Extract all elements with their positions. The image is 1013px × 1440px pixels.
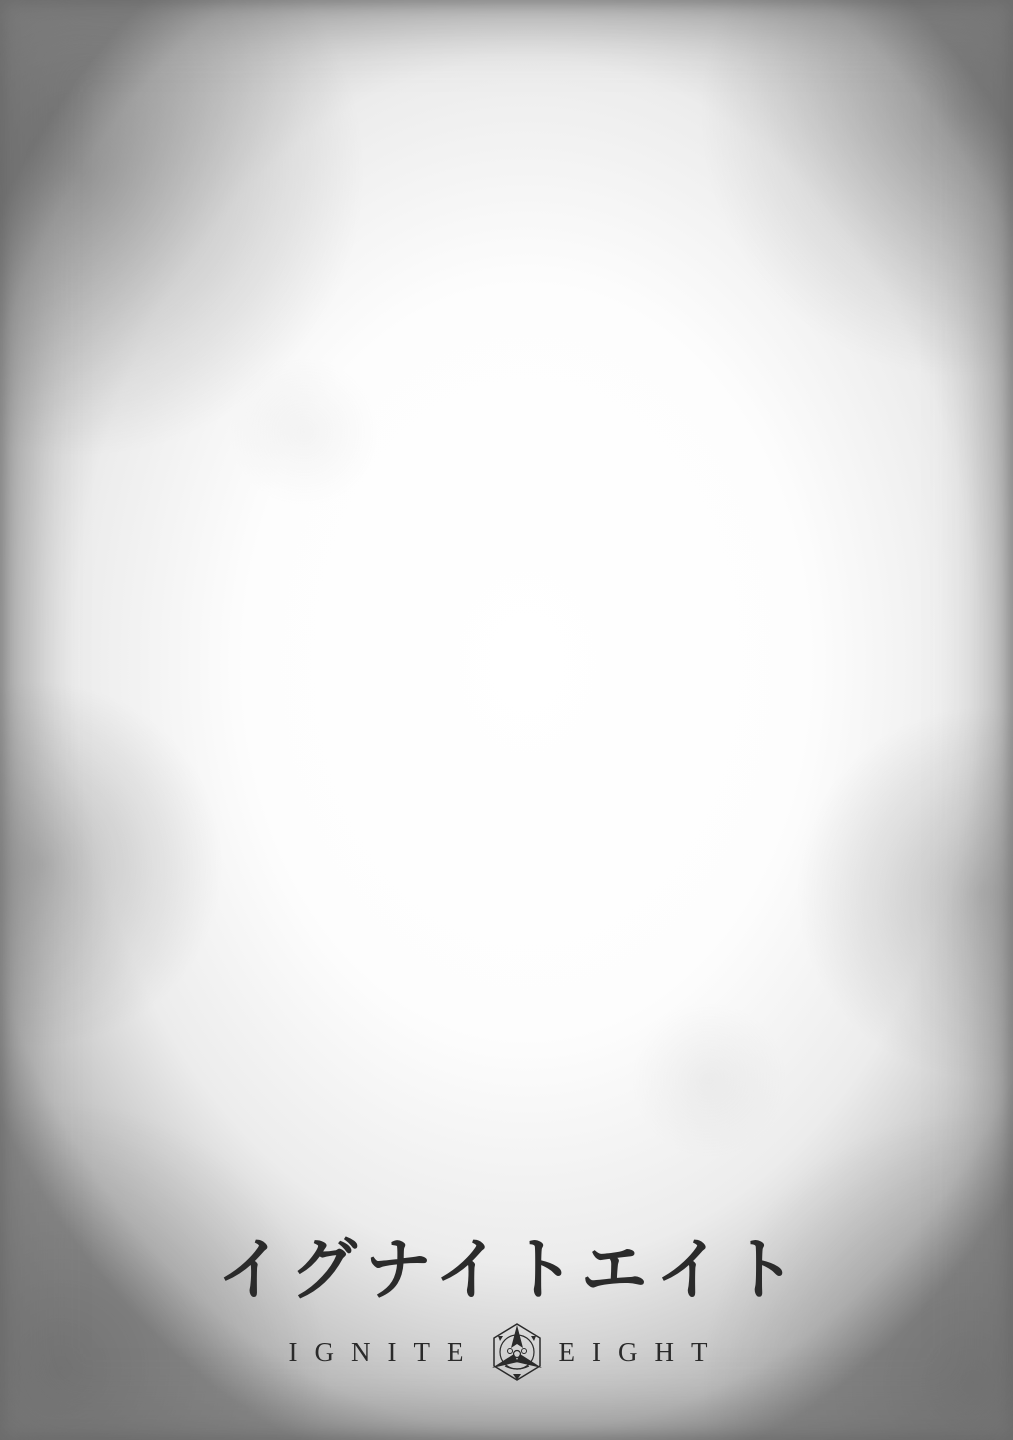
english-title-right: EIGHT xyxy=(558,1337,724,1368)
title-logo: イグナイトエイト IGNITE EIGHT xyxy=(0,1228,1013,1382)
triangle-emblem-icon xyxy=(490,1322,544,1382)
japanese-title: イグナイトエイト xyxy=(217,1228,804,1312)
english-title-left: IGNITE xyxy=(289,1337,481,1368)
vignette-edge xyxy=(0,0,1013,1440)
english-title-row: IGNITE EIGHT xyxy=(289,1322,725,1382)
